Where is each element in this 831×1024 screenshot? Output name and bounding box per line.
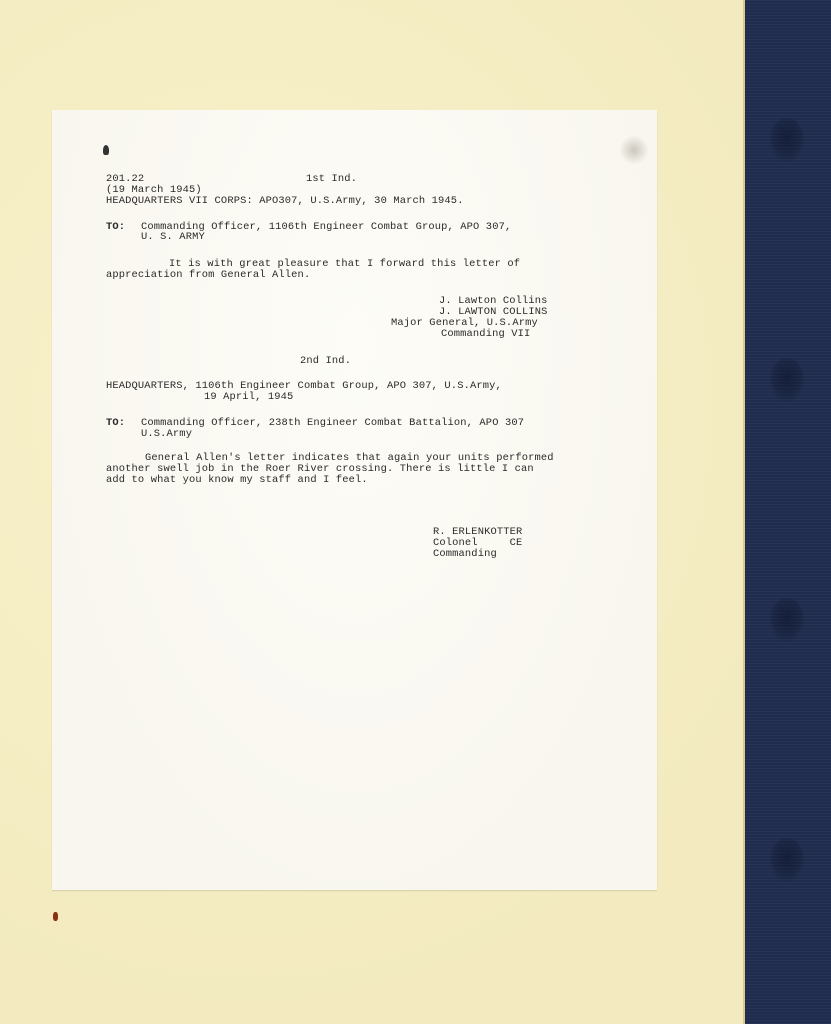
binding-grommet — [769, 358, 805, 402]
second-ind-heading: 2nd Ind. — [300, 356, 351, 367]
first-ind-to-label: TO: — [106, 222, 125, 233]
second-ind-to-label: TO: — [106, 418, 125, 429]
first-ind-headquarters: HEADQUARTERS VII CORPS: APO307, U.S.Army… — [106, 196, 464, 207]
second-ind-body-3: add to what you know my staff and I feel… — [106, 475, 368, 486]
navy-cloth-binding — [743, 0, 831, 1024]
first-ind-body-2: appreciation from General Allen. — [106, 270, 310, 281]
second-ind-headquarters-2: 19 April, 1945 — [204, 392, 293, 403]
first-ind-to-line-2: U. S. ARMY — [141, 232, 205, 243]
ink-spot — [53, 912, 58, 921]
collins-title: Commanding VII — [441, 329, 530, 340]
typed-letter-page: 201.22 1st Ind. (19 March 1945) HEADQUAR… — [52, 110, 657, 890]
first-ind-heading: 1st Ind. — [306, 174, 357, 185]
second-ind-headquarters-1: HEADQUARTERS, 1106th Engineer Combat Gro… — [106, 381, 502, 392]
binding-grommet — [769, 838, 805, 882]
second-ind-to-line-1: Commanding Officer, 238th Engineer Comba… — [141, 418, 524, 429]
letter-text: 201.22 1st Ind. (19 March 1945) HEADQUAR… — [52, 110, 657, 506]
erlenkotter-title: Commanding — [433, 549, 497, 560]
binding-grommet — [769, 598, 805, 642]
binding-grommet — [769, 118, 805, 162]
second-ind-to-line-2: U.S.Army — [141, 429, 192, 440]
